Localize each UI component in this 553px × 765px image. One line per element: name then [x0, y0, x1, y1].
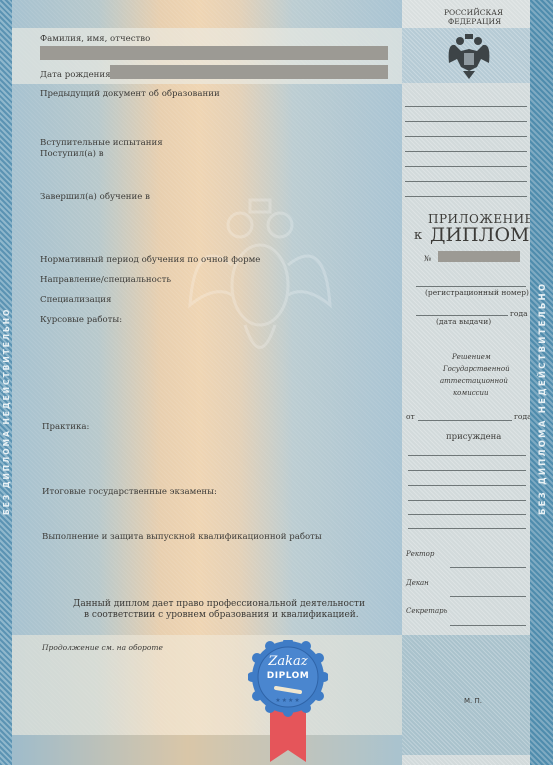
right-line: [405, 166, 527, 167]
birth-date-value-redacted: [110, 65, 388, 79]
title-prefix: к: [414, 228, 422, 243]
dean-label: Декан: [406, 579, 429, 587]
rights-line-2: в соответствии с уровнем образования и к…: [84, 610, 359, 620]
right-line: [405, 196, 527, 197]
continued-note: Продолжение см. на обороте: [42, 643, 163, 652]
stamp-place: М. П.: [464, 697, 482, 705]
qualification-line: [408, 485, 526, 486]
rector-label: Ректор: [406, 550, 434, 558]
number-sign: №: [424, 254, 431, 263]
right-side-text: БЕЗ ДИПЛОМА НЕДЕЙСТВИТЕЛЬНО: [538, 282, 548, 515]
year-word: года: [510, 309, 528, 318]
entrance-exams-label: Вступительные испытания: [40, 138, 163, 148]
coat-of-arms-icon: [447, 33, 491, 81]
right-line: [405, 106, 527, 107]
study-period-label: Нормативный период обучения по очной фор…: [40, 255, 260, 265]
seal-brand-line-2: DIPLOM: [248, 671, 328, 681]
country-line-1: РОССИЙСКАЯ: [444, 8, 503, 17]
qualification-line: [408, 500, 526, 501]
enrolled-label: Поступил(а) в: [40, 149, 104, 159]
direction-label: Направление/специальность: [40, 275, 171, 285]
right-line: [405, 151, 527, 152]
right-line: [405, 181, 527, 182]
awarded-word: присуждена: [446, 432, 501, 442]
year-word-2: года: [514, 412, 532, 421]
qualification-line: [408, 455, 526, 456]
diploma-number-redacted: [438, 251, 520, 262]
completed-label: Завершил(а) обучение в: [40, 192, 150, 202]
practice-label: Практика:: [42, 422, 89, 432]
coursework-label: Курсовые работы:: [40, 315, 122, 325]
secretary-signature-line: [450, 625, 526, 626]
watermark-eagle-icon: [185, 185, 335, 375]
specialization-label: Специализация: [40, 295, 111, 305]
prev-doc-label: Предыдущий документ об образовании: [40, 89, 220, 99]
seal-brand-line-1: Zakaz: [248, 654, 328, 669]
right-line: [405, 121, 527, 122]
commission-line-2: Государственной: [443, 365, 510, 373]
stamp-area: [402, 635, 530, 755]
commission-date-line: [418, 420, 512, 421]
fio-label: Фамилия, имя, отчество: [40, 34, 150, 44]
country-line-2: ФЕДЕРАЦИЯ: [448, 17, 501, 26]
reg-number-caption: (регистрационный номер): [425, 288, 529, 297]
reg-number-line: [416, 286, 526, 287]
thesis-label: Выполнение и защита выпускной квалификац…: [42, 532, 322, 542]
title-line-2: ДИПЛОМУ: [430, 224, 543, 246]
fio-value-redacted: [40, 46, 388, 60]
dean-signature-line: [450, 596, 526, 597]
state-exams-label: Итоговые государственные экзамены:: [42, 487, 217, 497]
commission-line-3: аттестационной: [440, 377, 508, 385]
issue-date-line: [416, 315, 508, 316]
qualification-line: [408, 470, 526, 471]
watermark-seal: Zakaz DIPLOM ★★★★: [248, 640, 328, 765]
commission-line-1: Решением: [452, 353, 491, 361]
secretary-label: Секретарь: [406, 607, 447, 615]
rector-signature-line: [450, 567, 526, 568]
rights-line-1: Данный диплом дает право профессионально…: [73, 599, 365, 609]
qualification-line: [408, 514, 526, 515]
right-line: [405, 136, 527, 137]
seal-stars: ★★★★: [248, 697, 328, 704]
from-word: от: [406, 412, 415, 421]
diploma-supplement-page: Фамилия, имя, отчество Дата рождения Пре…: [0, 0, 553, 765]
qualification-line: [408, 528, 526, 529]
birth-date-label: Дата рождения: [40, 70, 111, 80]
bottom-edge: [12, 735, 402, 765]
issue-date-caption: (дата выдачи): [436, 317, 491, 326]
left-side-text: БЕЗ ДИПЛОМА НЕДЕЙСТВИТЕЛЬНО: [2, 308, 11, 515]
commission-line-4: комиссии: [453, 389, 489, 397]
